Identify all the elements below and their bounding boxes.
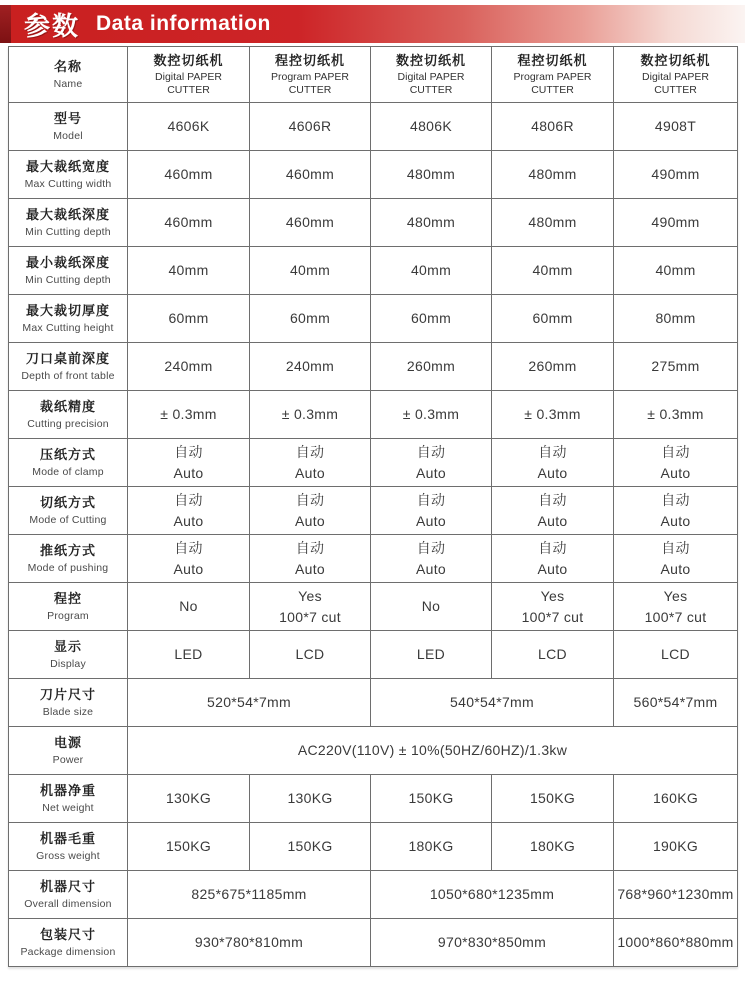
row-label-zh: 裁纸精度 <box>11 399 125 415</box>
spec-cell: LED <box>371 631 492 679</box>
spec-cell: ± 0.3mm <box>250 391 371 439</box>
table-row-package-dimension: 包装尺寸 Package dimension 930*780*810mm 970… <box>9 919 738 967</box>
spec-cell: 4606R <box>250 103 371 151</box>
spec-cell: 自动 Auto <box>128 535 250 583</box>
spec-cell: 150KG <box>371 775 492 823</box>
spec-cell: 自动 Auto <box>614 439 738 487</box>
table-row-cutting-precision: 裁纸精度 Cutting precision ± 0.3mm ± 0.3mm ±… <box>9 391 738 439</box>
spec-cell: 60mm <box>250 295 371 343</box>
row-label: 最小裁纸深度 Min Cutting depth <box>9 247 128 295</box>
row-label-zh: 机器尺寸 <box>11 879 125 895</box>
spec-table: 名称 Name 数控切纸机 Digital PAPER CUTTER 程控切纸机… <box>8 46 738 967</box>
spec-cell: 4908T <box>614 103 738 151</box>
spec-cell: 4806R <box>492 103 614 151</box>
spec-cell: 480mm <box>371 199 492 247</box>
row-label-en: Mode of pushing <box>11 562 125 574</box>
table-row-name: 名称 Name 数控切纸机 Digital PAPER CUTTER 程控切纸机… <box>9 47 738 103</box>
row-label-en: Model <box>11 130 125 142</box>
spec-cell: 60mm <box>371 295 492 343</box>
row-label-zh: 切纸方式 <box>11 495 125 511</box>
spec-cell: 自动 Auto <box>371 439 492 487</box>
row-label: 机器毛重 Gross weight <box>9 823 128 871</box>
row-label-zh: 包装尺寸 <box>11 927 125 943</box>
row-label-zh: 刀口桌前深度 <box>11 351 125 367</box>
banner-left-stripe <box>0 5 11 43</box>
row-label-en: Max Cutting width <box>11 178 125 190</box>
column-header-zh: 程控切纸机 <box>252 53 368 69</box>
row-label: 最大裁纸宽度 Max Cutting width <box>9 151 128 199</box>
row-label: 裁纸精度 Cutting precision <box>9 391 128 439</box>
row-label: 推纸方式 Mode of pushing <box>9 535 128 583</box>
row-label-en: Mode of Cutting <box>11 514 125 526</box>
spec-cell: 150KG <box>250 823 371 871</box>
spec-cell: 4806K <box>371 103 492 151</box>
spec-cell: 40mm <box>128 247 250 295</box>
data-information-banner: 参数 Data information <box>0 5 745 43</box>
spec-cell: 自动 Auto <box>492 535 614 583</box>
spec-cell: 190KG <box>614 823 738 871</box>
spec-cell: 1050*680*1235mm <box>371 871 614 919</box>
column-header-zh: 数控切纸机 <box>616 53 735 69</box>
spec-cell: No <box>128 583 250 631</box>
table-row-blade-size: 刀片尺寸 Blade size 520*54*7mm 540*54*7mm 56… <box>9 679 738 727</box>
spec-cell: 150KG <box>128 823 250 871</box>
row-label-zh: 程控 <box>11 591 125 607</box>
row-label-zh: 显示 <box>11 639 125 655</box>
row-label-zh: 最大裁切厚度 <box>11 303 125 319</box>
spec-cell: 160KG <box>614 775 738 823</box>
spec-cell: 460mm <box>128 199 250 247</box>
row-label-en: Package dimension <box>11 946 125 958</box>
spec-cell: 520*54*7mm <box>128 679 371 727</box>
row-label: 最大裁切厚度 Max Cutting height <box>9 295 128 343</box>
table-row-net-weight: 机器净重 Net weight 130KG 130KG 150KG 150KG … <box>9 775 738 823</box>
column-header: 数控切纸机 Digital PAPER CUTTER <box>128 47 250 103</box>
spec-cell: 480mm <box>371 151 492 199</box>
spec-cell: 460mm <box>250 151 371 199</box>
row-label-zh: 压纸方式 <box>11 447 125 463</box>
spec-cell: LCD <box>492 631 614 679</box>
table-row-overall-dimension: 机器尺寸 Overall dimension 825*675*1185mm 10… <box>9 871 738 919</box>
spec-cell: LCD <box>250 631 371 679</box>
table-row-power: 电源 Power AC220V(110V) ± 10%(50HZ/60HZ)/1… <box>9 727 738 775</box>
spec-cell: 自动 Auto <box>492 439 614 487</box>
row-label: 机器净重 Net weight <box>9 775 128 823</box>
spec-cell: 130KG <box>250 775 371 823</box>
row-label-zh: 电源 <box>11 735 125 751</box>
row-label-en: Gross weight <box>11 850 125 862</box>
spec-cell: LED <box>128 631 250 679</box>
column-header-en: Digital PAPER CUTTER <box>130 71 247 96</box>
spec-cell: 825*675*1185mm <box>128 871 371 919</box>
table-row-min-cutting-depth: 最小裁纸深度 Min Cutting depth 40mm 40mm 40mm … <box>9 247 738 295</box>
column-header: 数控切纸机 Digital PAPER CUTTER <box>614 47 738 103</box>
table-row-model: 型号 Model 4606K 4606R 4806K 4806R 4908T <box>9 103 738 151</box>
row-label: 压纸方式 Mode of clamp <box>9 439 128 487</box>
row-label: 显示 Display <box>9 631 128 679</box>
spec-cell: ± 0.3mm <box>128 391 250 439</box>
table-row-mode-of-cutting: 切纸方式 Mode of Cutting 自动 Auto 自动 Auto 自动 … <box>9 487 738 535</box>
spec-cell: AC220V(110V) ± 10%(50HZ/60HZ)/1.3kw <box>128 727 738 775</box>
row-label-en: Program <box>11 610 125 622</box>
row-label: 刀口桌前深度 Depth of front table <box>9 343 128 391</box>
row-label-en: Name <box>11 78 125 90</box>
spec-cell: LCD <box>614 631 738 679</box>
row-label-zh: 推纸方式 <box>11 543 125 559</box>
spec-cell: 240mm <box>128 343 250 391</box>
column-header-en: Digital PAPER CUTTER <box>616 71 735 96</box>
table-row-program: 程控 Program No Yes 100*7 cut No Yes 100*7… <box>9 583 738 631</box>
spec-cell: 460mm <box>250 199 371 247</box>
row-label: 型号 Model <box>9 103 128 151</box>
spec-cell: 490mm <box>614 199 738 247</box>
row-label: 名称 Name <box>9 47 128 103</box>
spec-cell: Yes 100*7 cut <box>250 583 371 631</box>
spec-cell: 40mm <box>614 247 738 295</box>
spec-cell: 180KG <box>492 823 614 871</box>
spec-cell: 540*54*7mm <box>371 679 614 727</box>
row-label-en: Blade size <box>11 706 125 718</box>
row-label-en: Max Cutting height <box>11 322 125 334</box>
spec-cell: 180KG <box>371 823 492 871</box>
table-row-gross-weight: 机器毛重 Gross weight 150KG 150KG 180KG 180K… <box>9 823 738 871</box>
row-label-zh: 机器毛重 <box>11 831 125 847</box>
row-label-en: Display <box>11 658 125 670</box>
row-label-zh: 名称 <box>11 59 125 75</box>
table-row-mode-of-pushing: 推纸方式 Mode of pushing 自动 Auto 自动 Auto 自动 … <box>9 535 738 583</box>
spec-cell: ± 0.3mm <box>492 391 614 439</box>
spec-cell: 970*830*850mm <box>371 919 614 967</box>
row-label-en: Min Cutting depth <box>11 274 125 286</box>
table-row-depth-of-front-table: 刀口桌前深度 Depth of front table 240mm 240mm … <box>9 343 738 391</box>
spec-cell: 自动 Auto <box>492 487 614 535</box>
spec-cell: 150KG <box>492 775 614 823</box>
spec-cell: 40mm <box>371 247 492 295</box>
spec-cell: 275mm <box>614 343 738 391</box>
table-row-max-cutting-width: 最大裁纸宽度 Max Cutting width 460mm 460mm 480… <box>9 151 738 199</box>
row-label-en: Min Cutting depth <box>11 226 125 238</box>
spec-cell: 自动 Auto <box>128 439 250 487</box>
spec-cell: 自动 Auto <box>250 487 371 535</box>
spec-cell: Yes 100*7 cut <box>614 583 738 631</box>
table-row-display: 显示 Display LED LCD LED LCD LCD <box>9 631 738 679</box>
spec-cell: 260mm <box>492 343 614 391</box>
spec-cell: Yes 100*7 cut <box>492 583 614 631</box>
spec-cell: 自动 Auto <box>128 487 250 535</box>
column-header: 数控切纸机 Digital PAPER CUTTER <box>371 47 492 103</box>
spec-cell: 1000*860*880mm <box>614 919 738 967</box>
row-label: 机器尺寸 Overall dimension <box>9 871 128 919</box>
row-label-en: Power <box>11 754 125 766</box>
column-header-zh: 数控切纸机 <box>130 53 247 69</box>
spec-cell: 40mm <box>492 247 614 295</box>
spec-cell: 480mm <box>492 151 614 199</box>
banner-title-zh: 参数 <box>24 6 80 43</box>
spec-cell: 自动 Auto <box>614 487 738 535</box>
column-header-en: Digital PAPER CUTTER <box>373 71 489 96</box>
spec-cell: 930*780*810mm <box>128 919 371 967</box>
column-header: 程控切纸机 Program PAPER CUTTER <box>492 47 614 103</box>
row-label-zh: 最大裁纸深度 <box>11 207 125 223</box>
row-label: 电源 Power <box>9 727 128 775</box>
spec-cell: 80mm <box>614 295 738 343</box>
spec-cell: 480mm <box>492 199 614 247</box>
spec-cell: 60mm <box>128 295 250 343</box>
column-header-zh: 数控切纸机 <box>373 53 489 69</box>
column-header: 程控切纸机 Program PAPER CUTTER <box>250 47 371 103</box>
row-label-zh: 机器净重 <box>11 783 125 799</box>
row-label-en: Overall dimension <box>11 898 125 910</box>
spec-cell: 60mm <box>492 295 614 343</box>
column-header-en: Program PAPER CUTTER <box>252 71 368 96</box>
spec-cell: ± 0.3mm <box>614 391 738 439</box>
row-label-en: Mode of clamp <box>11 466 125 478</box>
spec-cell: 自动 Auto <box>614 535 738 583</box>
table-row-mode-of-clamp: 压纸方式 Mode of clamp 自动 Auto 自动 Auto 自动 Au… <box>9 439 738 487</box>
spec-cell: 490mm <box>614 151 738 199</box>
spec-cell: 560*54*7mm <box>614 679 738 727</box>
spec-cell: 自动 Auto <box>371 535 492 583</box>
row-label-zh: 刀片尺寸 <box>11 687 125 703</box>
banner-title-en: Data information <box>96 12 271 36</box>
row-label-zh: 最大裁纸宽度 <box>11 159 125 175</box>
spec-cell: 260mm <box>371 343 492 391</box>
row-label: 最大裁纸深度 Min Cutting depth <box>9 199 128 247</box>
row-label: 切纸方式 Mode of Cutting <box>9 487 128 535</box>
spec-cell: 40mm <box>250 247 371 295</box>
table-row-max-cutting-depth: 最大裁纸深度 Min Cutting depth 460mm 460mm 480… <box>9 199 738 247</box>
row-label-en: Net weight <box>11 802 125 814</box>
spec-cell: 130KG <box>128 775 250 823</box>
row-label: 程控 Program <box>9 583 128 631</box>
spec-cell: 768*960*1230mm <box>614 871 738 919</box>
table-row-max-cutting-height: 最大裁切厚度 Max Cutting height 60mm 60mm 60mm… <box>9 295 738 343</box>
row-label-zh: 最小裁纸深度 <box>11 255 125 271</box>
spec-cell: 自动 Auto <box>250 439 371 487</box>
row-label-en: Cutting precision <box>11 418 125 430</box>
row-label: 包装尺寸 Package dimension <box>9 919 128 967</box>
row-label-en: Depth of front table <box>11 370 125 382</box>
row-label: 刀片尺寸 Blade size <box>9 679 128 727</box>
spec-cell: 自动 Auto <box>250 535 371 583</box>
column-header-zh: 程控切纸机 <box>494 53 611 69</box>
column-header-en: Program PAPER CUTTER <box>494 71 611 96</box>
row-label-zh: 型号 <box>11 111 125 127</box>
spec-cell: 460mm <box>128 151 250 199</box>
spec-cell: 4606K <box>128 103 250 151</box>
spec-cell: 自动 Auto <box>371 487 492 535</box>
spec-cell: 240mm <box>250 343 371 391</box>
spec-cell: ± 0.3mm <box>371 391 492 439</box>
spec-cell: No <box>371 583 492 631</box>
